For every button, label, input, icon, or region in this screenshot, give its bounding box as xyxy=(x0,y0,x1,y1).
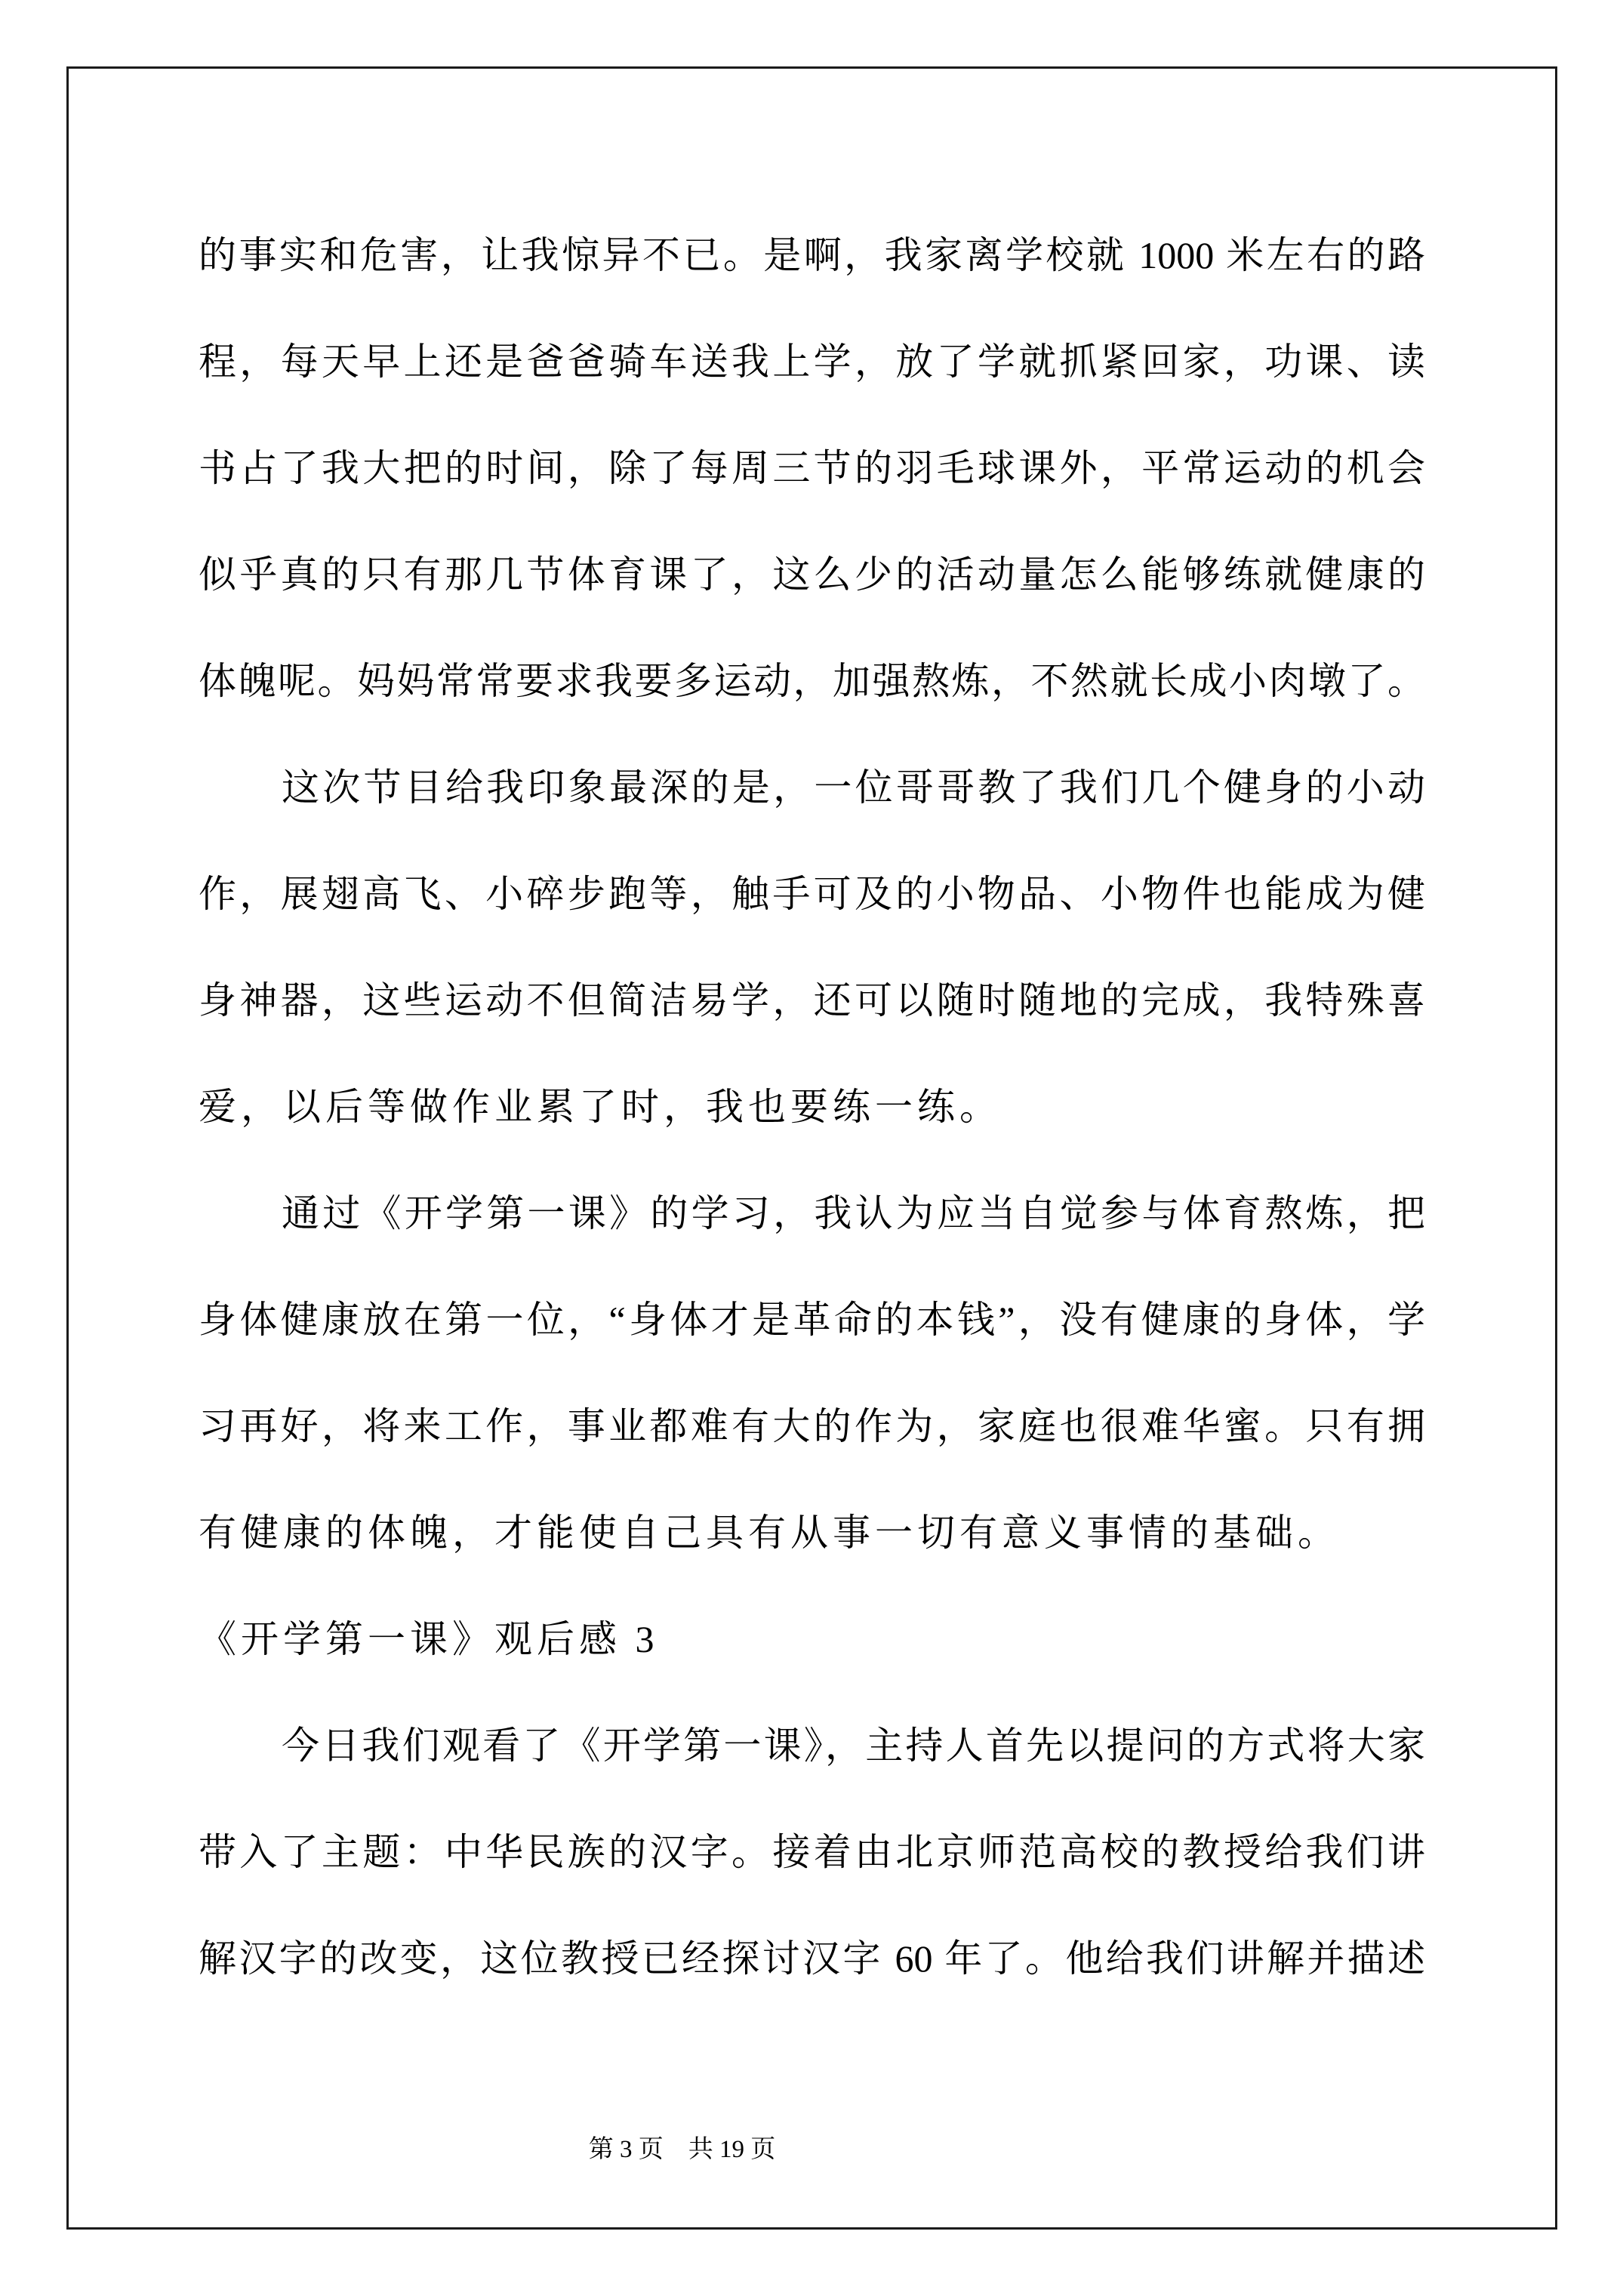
text-line: 今日我们观看了《开学第一课》，主持人首先以提问的方式将大家 xyxy=(199,1693,1425,1799)
text-line: 带入了主题：中华民族的汉字。接着由北京师范高校的教授给我们讲 xyxy=(199,1799,1425,1906)
text-line: 这次节目给我印象最深的是，一位哥哥教了我们几个健身的小动 xyxy=(199,735,1425,841)
text-line: 的事实和危害，让我惊异不已。是啊，我家离学校就 1000 米左右的路 xyxy=(199,202,1425,309)
text-line: 爱，以后等做作业累了时，我也要练一练。 xyxy=(199,1054,1425,1160)
text-line: 解汉字的改变，这位教授已经探讨汉字 60 年了。他给我们讲解并描述 xyxy=(199,1906,1425,2012)
text-line: 通过《开学第一课》的学习，我认为应当自觉参与体育熬炼，把 xyxy=(199,1160,1425,1267)
text-line: 似乎真的只有那几节体育课了，这么少的活动量怎么能够练就健康的 xyxy=(199,522,1425,628)
page-border: 的事实和危害，让我惊异不已。是啊，我家离学校就 1000 米左右的路程，每天早上… xyxy=(66,66,1557,2230)
text-line: 身体健康放在第一位，“身体才是革命的本钱”，没有健康的身体，学 xyxy=(199,1267,1425,1373)
text-line: 程，每天早上还是爸爸骑车送我上学，放了学就抓紧回家，功课、读 xyxy=(199,309,1425,415)
text-line: 习再好，将来工作，事业都难有大的作为，家庭也很难华蜜。只有拥 xyxy=(199,1373,1425,1480)
text-line: 有健康的体魄，才能使自己具有从事一切有意义事情的基础。 xyxy=(199,1480,1425,1586)
section-heading: 《开学第一课》观后感 3 xyxy=(199,1586,1425,1693)
text-line: 书占了我大把的时间，除了每周三节的羽毛球课外，平常运动的机会 xyxy=(199,415,1425,522)
text-line: 作，展翅高飞、小碎步跑等，触手可及的小物品、小物件也能成为健 xyxy=(199,841,1425,948)
document-body: 的事实和危害，让我惊异不已。是啊，我家离学校就 1000 米左右的路程，每天早上… xyxy=(199,202,1425,2012)
text-line: 身神器，这些运动不但简洁易学，还可以随时随地的完成，我特殊喜 xyxy=(199,948,1425,1054)
text-line: 体魄呢。妈妈常常要求我要多运动，加强熬炼，不然就长成小肉墩了。 xyxy=(199,628,1425,735)
page-footer: 第 3 页 共 19 页 xyxy=(69,2133,1295,2166)
